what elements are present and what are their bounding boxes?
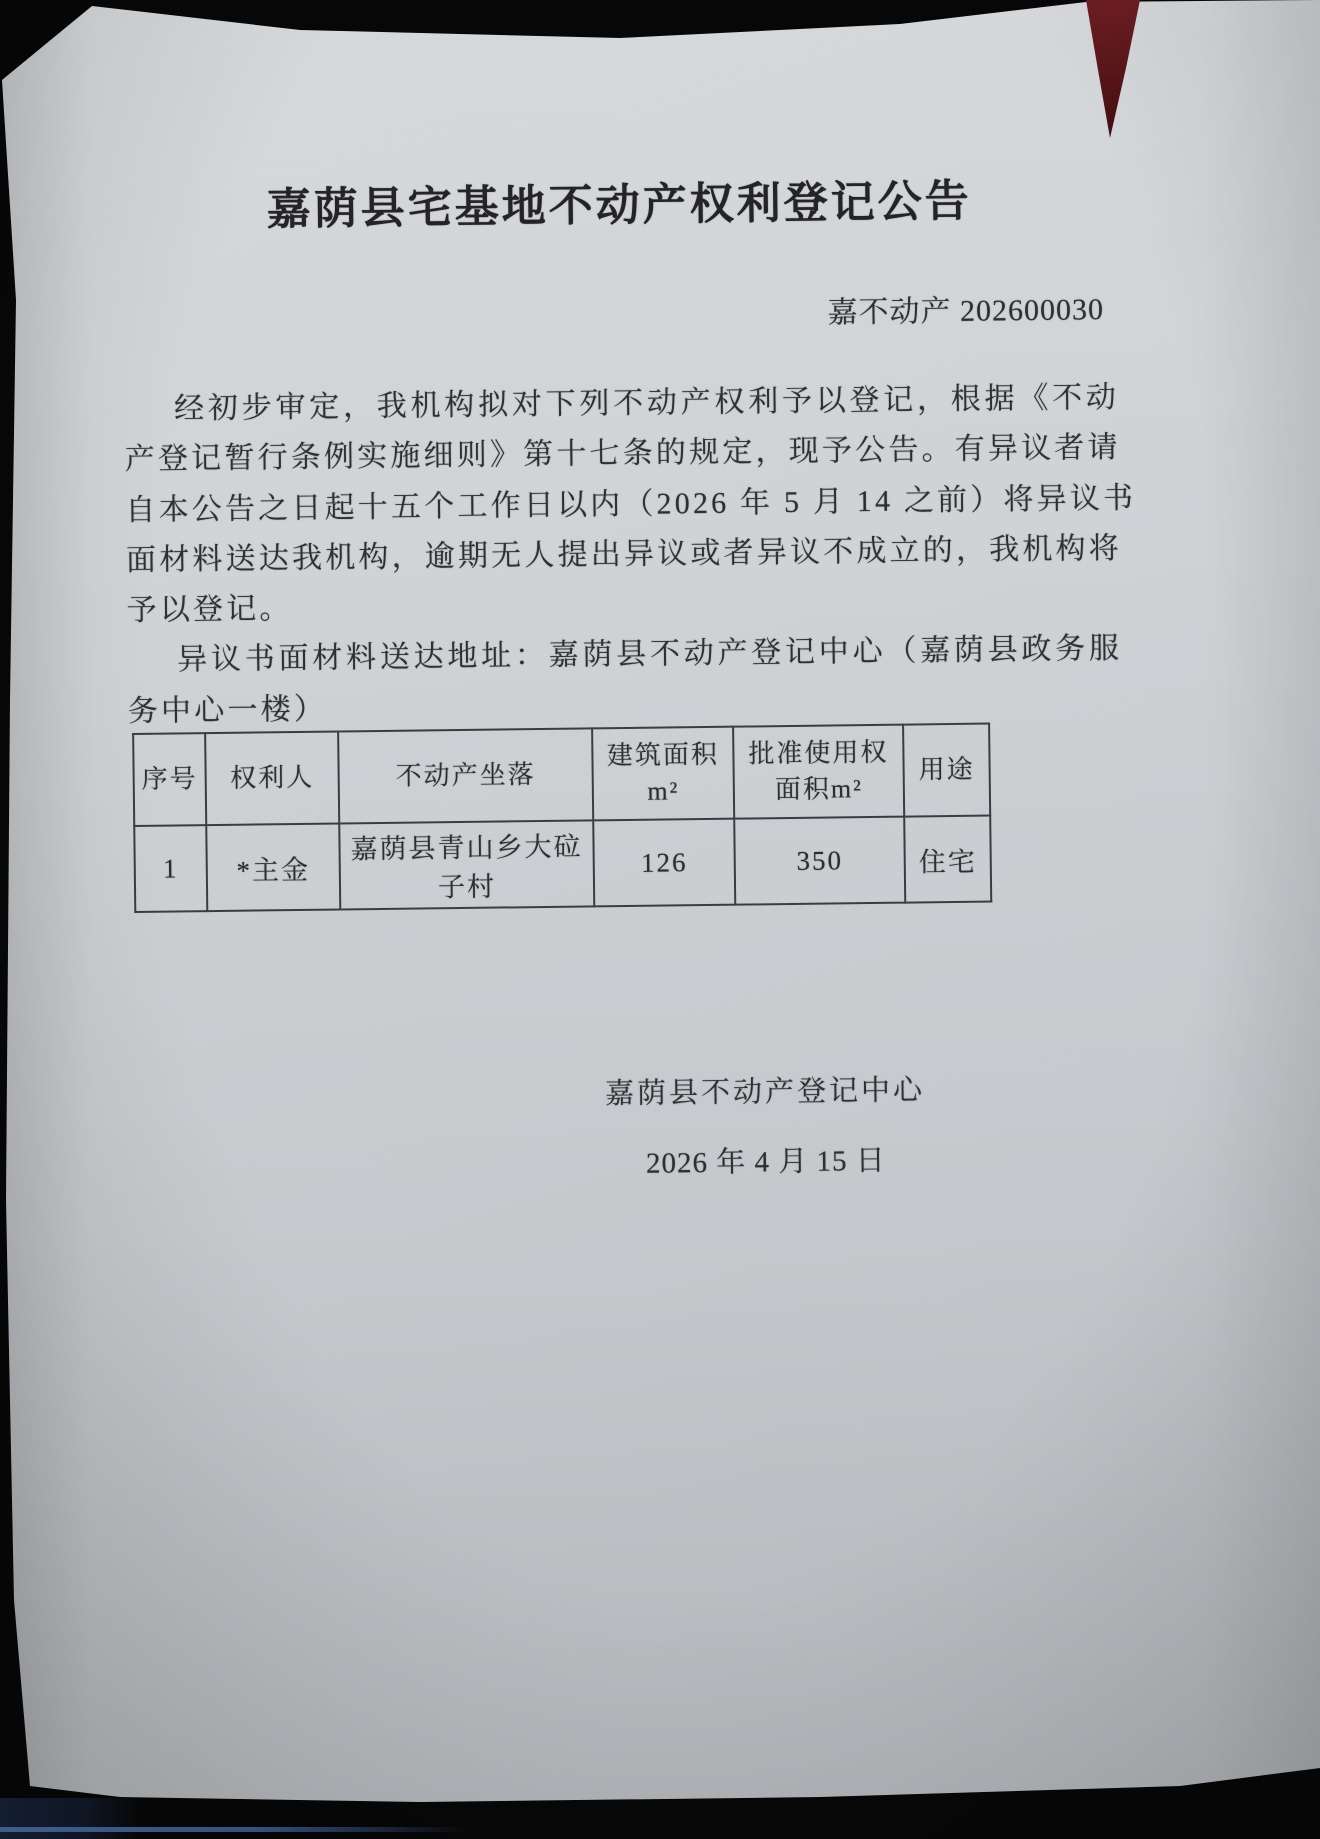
cell-property-location: 嘉荫县青山乡大砬子村	[339, 820, 594, 909]
document-number: 嘉不动产 202600030	[827, 284, 1104, 331]
column-header-usage: 用途	[903, 724, 990, 817]
cell-building-area: 126	[593, 819, 735, 907]
cell-usage: 住宅	[904, 816, 991, 903]
bottom-blue-line	[0, 1827, 470, 1832]
cell-approved-use-area: 350	[734, 817, 905, 905]
body-text: 经初步审定，我机构拟对下列不动产权利予以登记，根据《不动 产登记暂行条例实施细则…	[124, 373, 1123, 737]
bottom-left-blue-patch	[0, 1798, 140, 1839]
issue-date: 2026 年 4 月 15 日	[483, 1136, 1048, 1184]
signature-block: 嘉荫县不动产登记中心 2026 年 4 月 15 日	[482, 1066, 1048, 1184]
registration-table: 序号 权利人 不动产坐落 建筑面积 m² 批准使用权 面积m² 用途 1 *主金…	[132, 723, 992, 913]
column-header-approved-use-area: 批准使用权 面积m²	[733, 725, 904, 819]
photo-of-document: 嘉荫县宅基地不动产权利登记公告 嘉不动产 202600030 经初步审定，我机构…	[0, 0, 1320, 1839]
issuing-authority: 嘉荫县不动产登记中心	[482, 1066, 1047, 1114]
column-header-building-area: 建筑面积 m²	[592, 727, 734, 821]
column-header-index: 序号	[133, 733, 206, 826]
column-header-property-location: 不动产坐落	[338, 728, 593, 823]
table-header-row: 序号 权利人 不动产坐落 建筑面积 m² 批准使用权 面积m² 用途	[133, 724, 990, 826]
document-title: 嘉荫县宅基地不动产权利登记公告	[121, 163, 1117, 239]
cell-index: 1	[134, 825, 207, 912]
document-content: 嘉荫县宅基地不动产权利登记公告 嘉不动产 202600030 经初步审定，我机构…	[121, 129, 1132, 1441]
column-header-rights-holder: 权利人	[205, 732, 339, 826]
table-row: 1 *主金 嘉荫县青山乡大砬子村 126 350 住宅	[134, 816, 991, 912]
cell-rights-holder: *主金	[206, 823, 340, 911]
